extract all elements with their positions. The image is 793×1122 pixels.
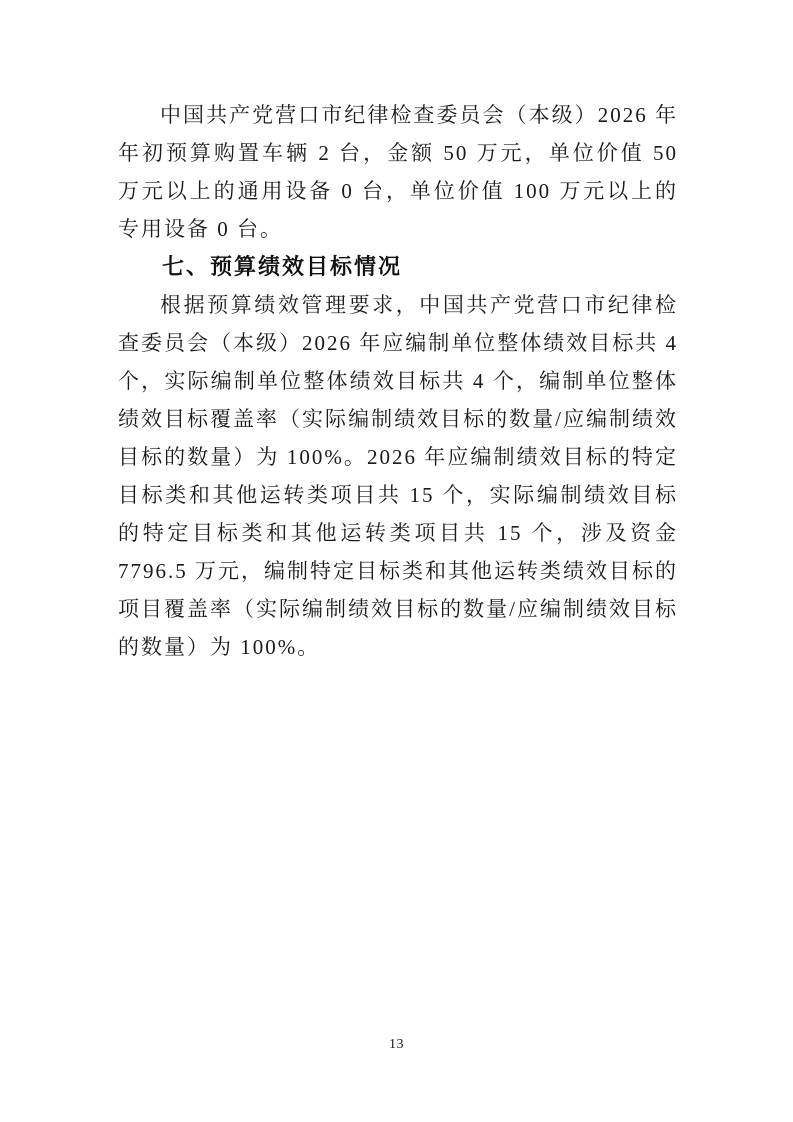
paragraph-asset-purchases: 中国共产党营口市纪律检查委员会（本级）2026 年年初预算购置车辆 2 台，金额… (118, 96, 678, 248)
document-content: 中国共产党营口市纪律检查委员会（本级）2026 年年初预算购置车辆 2 台，金额… (118, 96, 678, 666)
page-number: 13 (0, 1036, 793, 1054)
paragraph-performance-targets: 根据预算绩效管理要求，中国共产党营口市纪律检查委员会（本级）2026 年应编制单… (118, 286, 678, 666)
section-heading-budget-performance: 七、预算绩效目标情况 (118, 248, 678, 286)
document-page: 中国共产党营口市纪律检查委员会（本级）2026 年年初预算购置车辆 2 台，金额… (0, 0, 793, 1122)
